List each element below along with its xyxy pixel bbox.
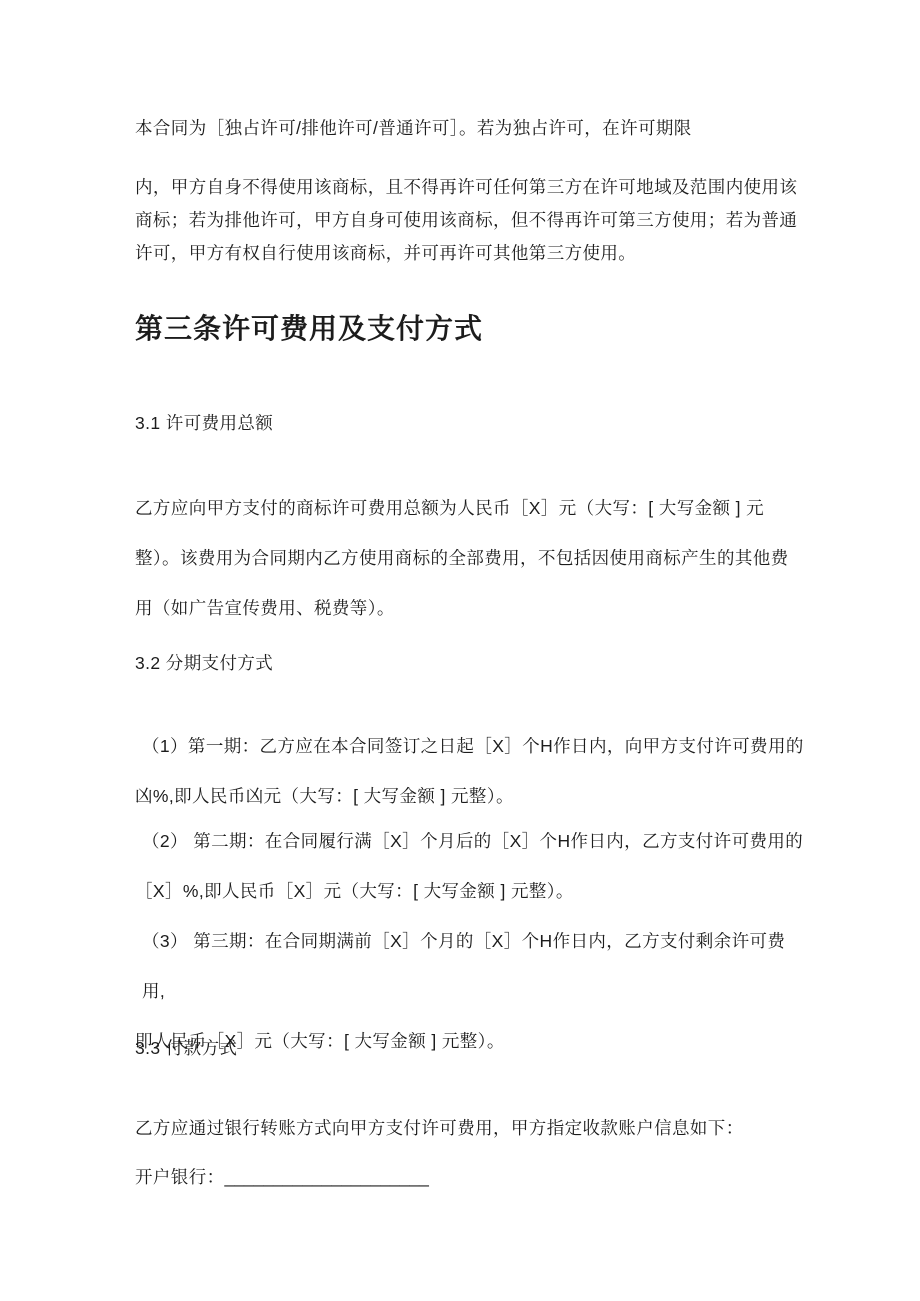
payment-method-paragraph: 乙方应通过银行转账方式向甲方支付许可费用，甲方指定收款账户信息如下： [135,1114,807,1142]
installment-3-line-1: （3） 第三期：在合同期满前［X］个月的［X］个H作日内，乙方支付剩余许可费用, [135,916,807,1016]
installment-2-line-2: ［X］%,即人民币［X］元（大写：[ 大写金额 ] 元整）。 [135,866,807,916]
license-scope-line-3: 许可，甲方有权自行使用该商标，并可再许可其他第三方使用。 [135,237,807,270]
license-scope-line-1: 内，甲方自身不得使用该商标，且不得再许可任何第三方在许可地域及范围内使用该 [135,171,807,204]
license-fee-total-paragraph: 乙方应向甲方支付的商标许可费用总额为人民币［X］元（大写：[ 大写金额 ] 元 … [135,483,807,633]
bank-name-blank: _____________________ [225,1167,429,1187]
installment-1-line-1: （1）第一期：乙方应在本合同签订之日起［X］个H作日内，向甲方支付许可费用的 [135,721,807,771]
license-fee-line-3: 用（如广告宣传费用、税费等）。 [135,583,807,633]
license-scope-paragraph: 内，甲方自身不得使用该商标，且不得再许可任何第三方在许可地域及范围内使用该 商标… [135,171,807,270]
section-3-3-label: 3.3 付款方式 [135,1034,807,1062]
bank-name-label: 开户银行： [135,1167,225,1187]
intro-paragraph: 本合同为［独占许可/排他许可/普通许可］。若为独占许可，在许可期限 [135,114,807,142]
license-fee-line-2: 整）。该费用为合同期内乙方使用商标的全部费用，不包括因使用商标产生的其他费 [135,533,807,583]
installment-2-paragraph: （2） 第二期：在合同履行满［X］个月后的［X］个H作日内，乙方支付许可费用的 … [135,816,807,916]
installment-1-paragraph: （1）第一期：乙方应在本合同签订之日起［X］个H作日内，向甲方支付许可费用的 凶… [135,721,807,821]
license-scope-line-2: 商标；若为排他许可，甲方自身可使用该商标，但不得再许可第三方使用；若为普通 [135,204,807,237]
bank-account-line: 开户银行：_____________________ [135,1163,807,1191]
contract-document-page: 本合同为［独占许可/排他许可/普通许可］。若为独占许可，在许可期限 内，甲方自身… [0,0,920,1301]
license-fee-line-1: 乙方应向甲方支付的商标许可费用总额为人民币［X］元（大写：[ 大写金额 ] 元 [135,483,807,533]
payment-method-line: 乙方应通过银行转账方式向甲方支付许可费用，甲方指定收款账户信息如下： [135,1114,807,1142]
installment-2-line-1: （2） 第二期：在合同履行满［X］个月后的［X］个H作日内，乙方支付许可费用的 [135,816,807,866]
section-3-2-label: 3.2 分期支付方式 [135,649,807,677]
section-3-1-label: 3.1 许可费用总额 [135,409,807,437]
intro-paragraph-line: 本合同为［独占许可/排他许可/普通许可］。若为独占许可，在许可期限 [135,114,807,142]
installment-1-line-2: 凶%,即人民币凶元（大写：[ 大写金额 ] 元整）。 [135,771,807,821]
article3-heading: 第三条许可费用及支付方式 [135,307,807,351]
